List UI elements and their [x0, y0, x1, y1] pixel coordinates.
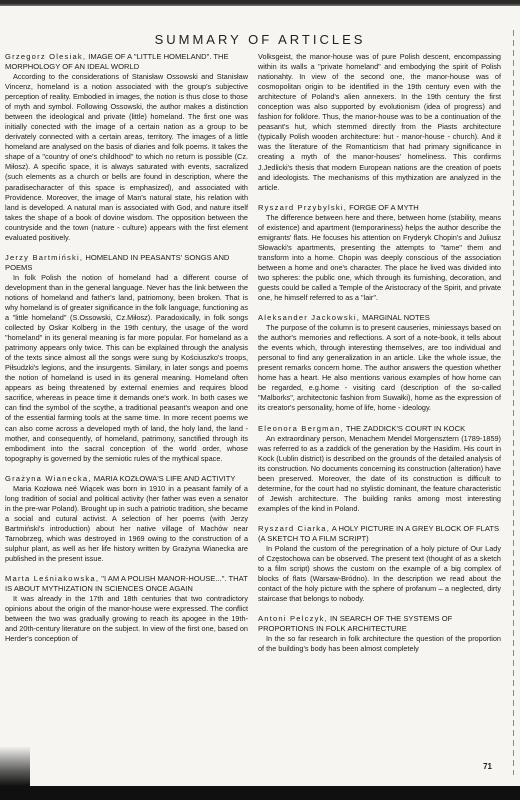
right-column: Volksgeist, the manor-house was of pure …: [258, 52, 501, 664]
page-title: SUMMARY OF ARTICLES: [0, 32, 520, 47]
article-author: Grzegorz Olesiak,: [5, 52, 86, 61]
article-body: Maria Kozłowa neé Wiącek was born in 191…: [5, 484, 248, 564]
article-author: Marta Leśniakowska,: [5, 574, 99, 583]
article-heading: Ryszard Przybylski, FORGE OF A MYTH: [258, 203, 501, 213]
article-paragraph: An extraordinary person, Menachem Mendel…: [258, 434, 501, 514]
article-paragraph: In Poland the custom of the peregrinatio…: [258, 544, 501, 604]
article-paragraph: The purpose of the column is to present …: [258, 323, 501, 413]
article-author: Aleksander Jackowski,: [258, 313, 360, 322]
article-body: In folk Polish the notion of homeland ha…: [5, 273, 248, 464]
article-body: The difference between here and there, b…: [258, 213, 501, 303]
article-body: An extraordinary person, Menachem Mendel…: [258, 434, 501, 514]
article-jackowski: Aleksander Jackowski, MARGINAL NOTES The…: [258, 313, 501, 413]
article-paragraph: In folk Polish the notion of homeland ha…: [5, 273, 248, 464]
left-column: Grzegorz Olesiak, IMAGE OF A "LITTLE HOM…: [5, 52, 248, 654]
page-right-margin-rule: [513, 30, 514, 775]
article-paragraph: It was already in the 17th and 18th cent…: [5, 594, 248, 644]
page-top-edge: [0, 0, 520, 6]
article-olesiak: Grzegorz Olesiak, IMAGE OF A "LITTLE HOM…: [5, 52, 248, 243]
article-lesniakowska: Marta Leśniakowska, "I AM A POLISH MANOR…: [5, 574, 248, 644]
article-przybylski: Ryszard Przybylski, FORGE OF A MYTH The …: [258, 203, 501, 303]
article-wianecka: Grażyna Wianecka, MARIA KOZŁOWA'S LIFE A…: [5, 474, 248, 564]
article-body: The purpose of the column is to present …: [258, 323, 501, 413]
article-heading: Grzegorz Olesiak, IMAGE OF A "LITTLE HOM…: [5, 52, 248, 72]
article-pelczyk: Antoni Pelczyk, IN SEARCH OF THE SYSTEMS…: [258, 614, 501, 654]
article-bergman: Eleonora Bergman, THE ZADDICK'S COURT IN…: [258, 424, 501, 514]
article-ciarka: Ryszard Ciarka, A HOLY PICTURE IN A GREY…: [258, 524, 501, 604]
article-heading: Ryszard Ciarka, A HOLY PICTURE IN A GREY…: [258, 524, 501, 544]
article-heading: Aleksander Jackowski, MARGINAL NOTES: [258, 313, 501, 323]
article-paragraph: In the so far research in folk architect…: [258, 634, 501, 654]
article-heading: Grażyna Wianecka, MARIA KOZŁOWA'S LIFE A…: [5, 474, 248, 484]
article-paragraph-continuation: Volksgeist, the manor-house was of pure …: [258, 52, 501, 193]
article-title: FORGE OF A MYTH: [349, 203, 419, 212]
article-paragraph: Maria Kozłowa neé Wiącek was born in 191…: [5, 484, 248, 564]
article-title: THE ZADDICK'S COURT IN KOCK: [346, 424, 465, 433]
article-paragraph: The difference between here and there, b…: [258, 213, 501, 303]
article-heading: Marta Leśniakowska, "I AM A POLISH MANOR…: [5, 574, 248, 594]
article-body: In Poland the custom of the peregrinatio…: [258, 544, 501, 604]
article-heading: Jerzy Bartmiński, HOMELAND IN PEASANTS' …: [5, 253, 248, 273]
article-body: It was already in the 17th and 18th cent…: [5, 594, 248, 644]
article-paragraph: According to the considerations of Stani…: [5, 72, 248, 243]
article-body: In the so far research in folk architect…: [258, 634, 501, 654]
page-bottom-edge: [0, 786, 520, 800]
article-body: Volksgeist, the manor-house was of pure …: [258, 52, 501, 193]
article-author: Ryszard Ciarka,: [258, 524, 330, 533]
article-heading: Antoni Pelczyk, IN SEARCH OF THE SYSTEMS…: [258, 614, 501, 634]
article-author: Antoni Pelczyk,: [258, 614, 328, 623]
article-lesniakowska-continued: Volksgeist, the manor-house was of pure …: [258, 52, 501, 193]
article-author: Grażyna Wianecka,: [5, 474, 92, 483]
article-title: MARGINAL NOTES: [362, 313, 430, 322]
article-author: Eleonora Bergman,: [258, 424, 344, 433]
article-title: MARIA KOZŁOWA'S LIFE AND ACTIVITY: [94, 474, 236, 483]
page-number: 71: [483, 762, 492, 771]
scan-shadow: [0, 746, 30, 786]
article-body: According to the considerations of Stani…: [5, 72, 248, 243]
article-heading: Eleonora Bergman, THE ZADDICK'S COURT IN…: [258, 424, 501, 434]
article-bartminski: Jerzy Bartmiński, HOMELAND IN PEASANTS' …: [5, 253, 248, 464]
article-author: Ryszard Przybylski,: [258, 203, 347, 212]
article-author: Jerzy Bartmiński,: [5, 253, 83, 262]
